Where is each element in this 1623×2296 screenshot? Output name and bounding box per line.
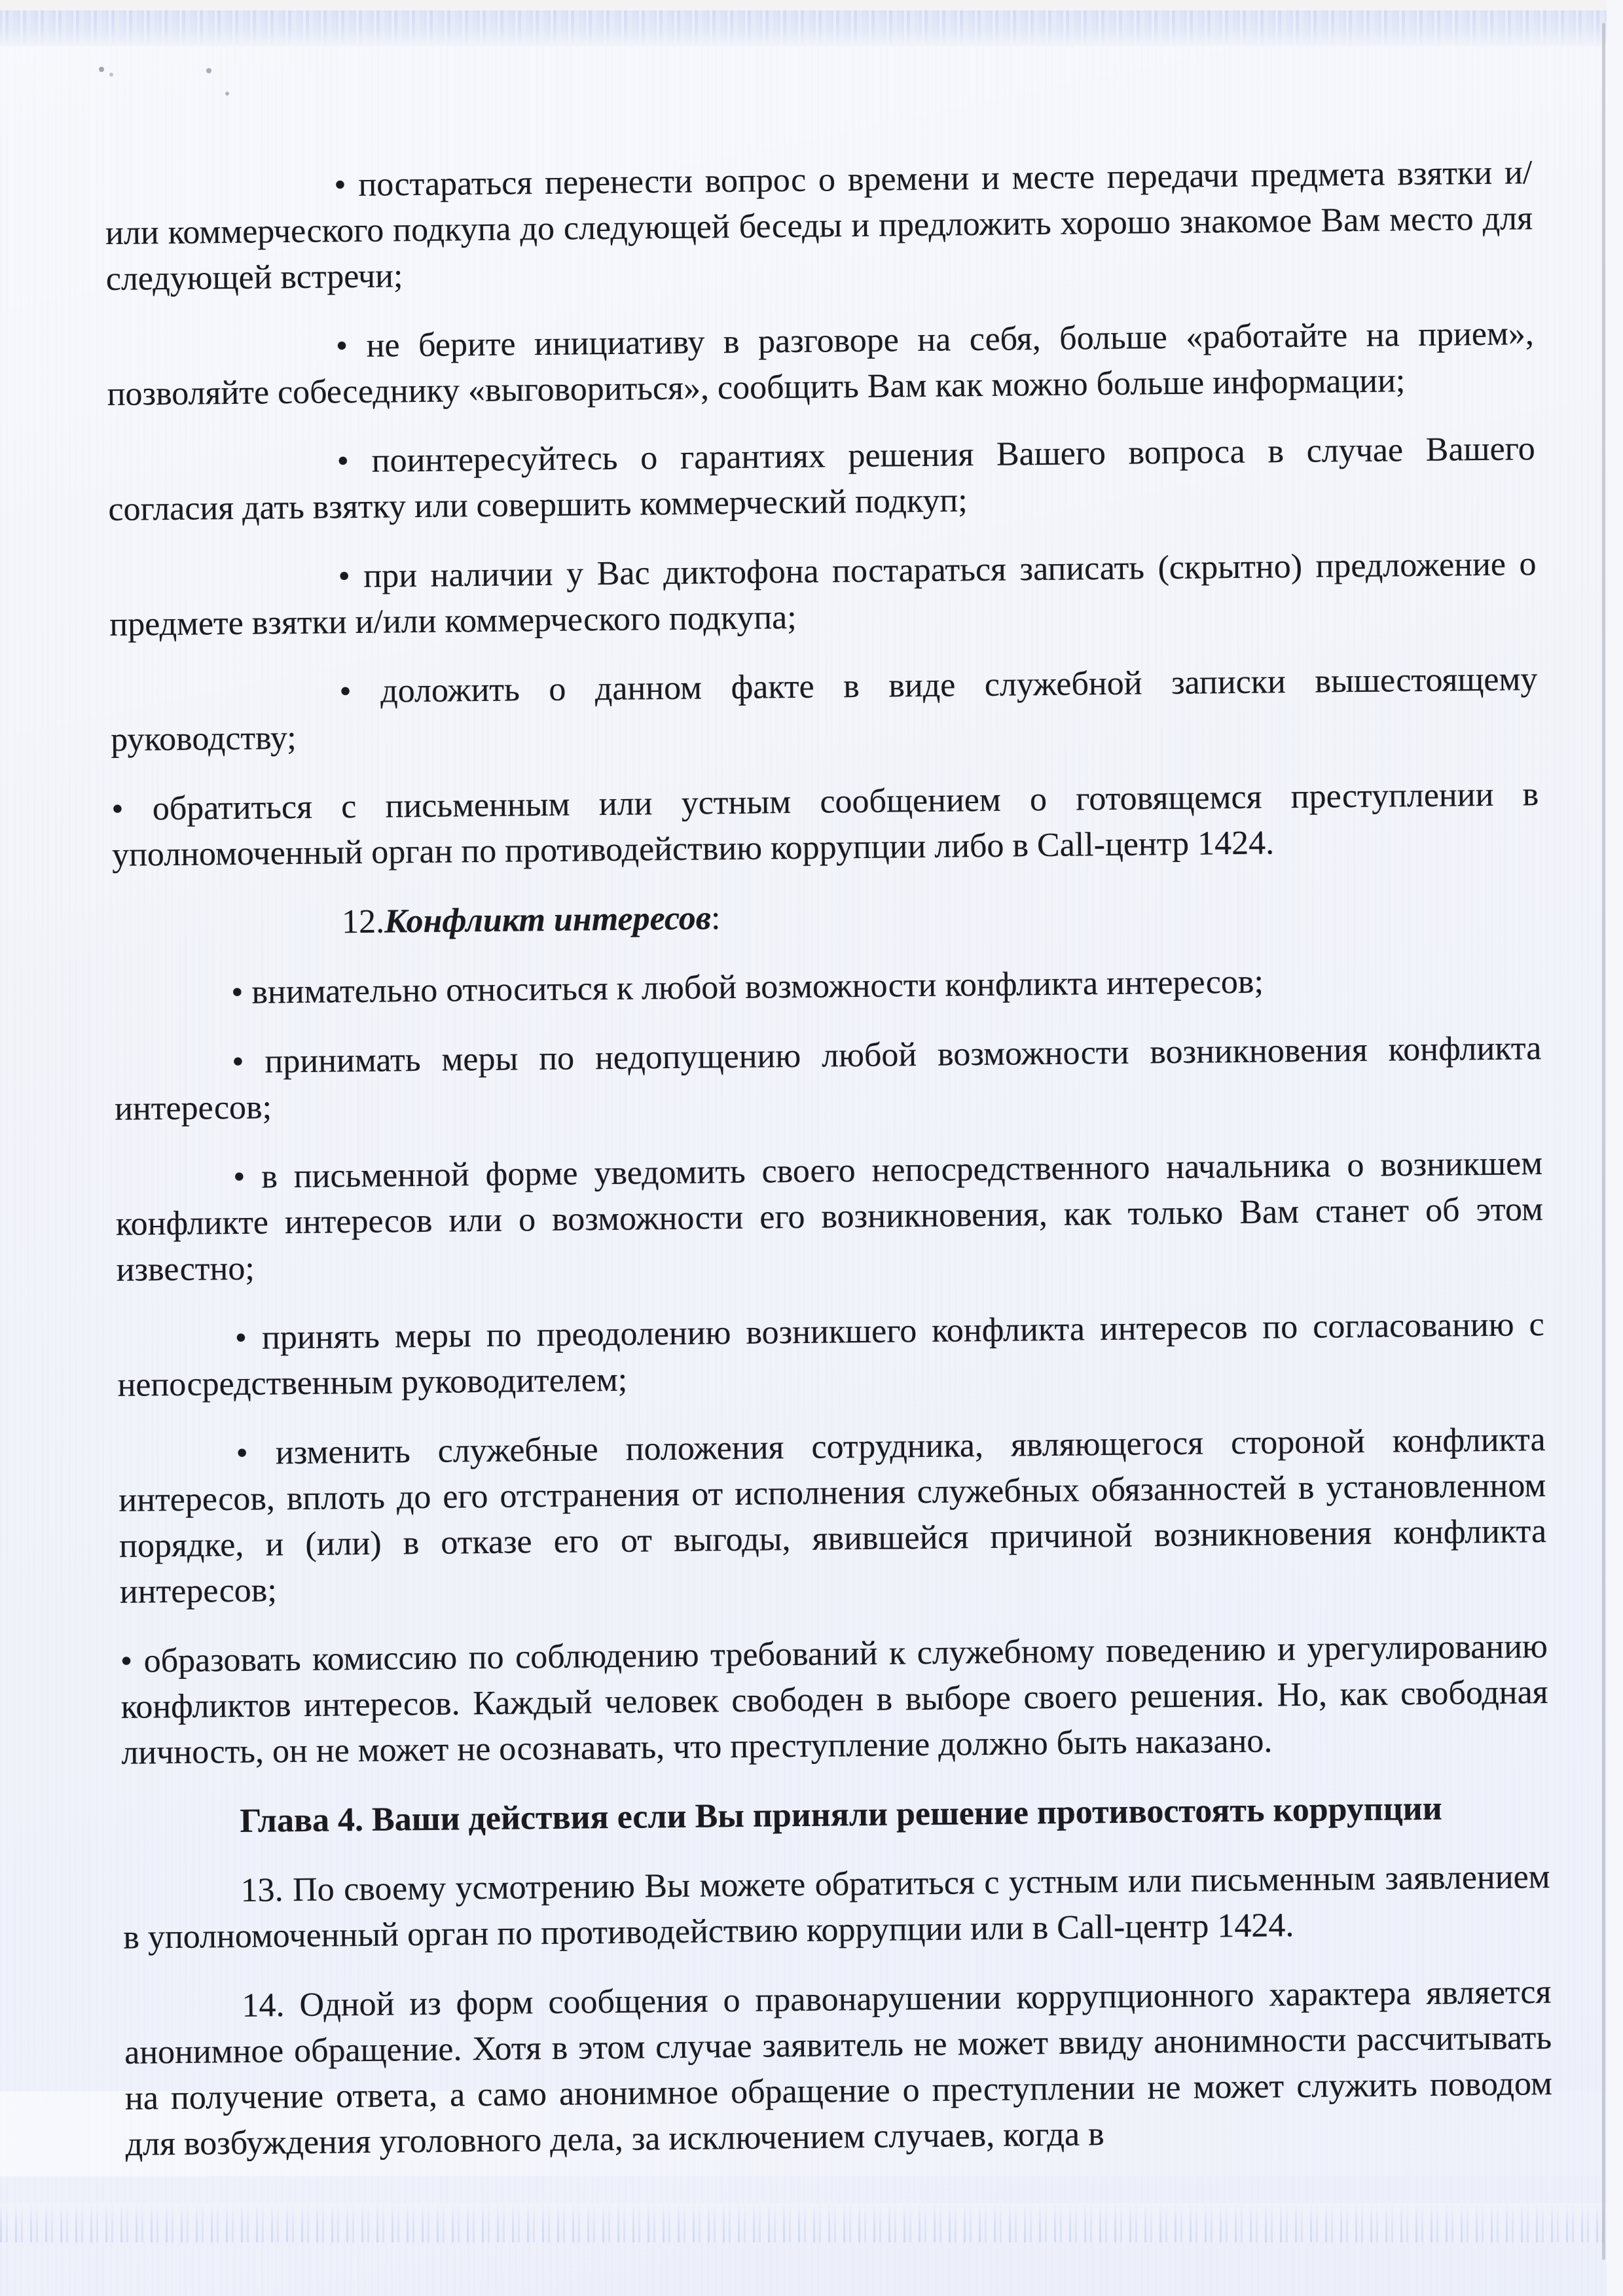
- section-12-heading: 12.Конфликт интересов:: [113, 887, 1541, 948]
- scan-bottom-noise-band: [0, 2203, 1623, 2242]
- section-12-number: 12.: [342, 903, 385, 941]
- advice-bullet-contact-authority: • обратиться с письменным или устным соо…: [111, 772, 1539, 878]
- scan-top-edge: [0, 0, 1623, 10]
- chapter-4-heading: Глава 4. Ваши действия если Вы приняли р…: [122, 1785, 1550, 1846]
- conflict-bullet-attentive: • внимательно относиться к любой возможн…: [113, 956, 1541, 1017]
- paragraph-14: 14. Одной из форм сообщения о правонаруш…: [124, 1969, 1553, 2168]
- scan-specks: [0, 0, 3, 3]
- scan-right-edge-line: [1602, 23, 1605, 2260]
- section-12-title: Конфликт интересов: [384, 899, 711, 940]
- section-12-colon: :: [711, 899, 721, 937]
- advice-bullet-report-memo: • доложить о данном факте в виде служебн…: [110, 656, 1538, 763]
- advice-bullet-dictaphone: • при наличии у Вас диктофона постаратьс…: [109, 541, 1537, 648]
- paragraph-13: 13. По своему усмотрению Вы можете обрат…: [122, 1854, 1550, 1961]
- conflict-bullet-notify-superior: • в письменной форме уведомить своего не…: [115, 1141, 1544, 1293]
- conflict-bullet-commission: • образовать комиссию по соблюдению треб…: [120, 1624, 1549, 1776]
- conflict-bullet-prevent: • принимать меры по недопущению любой во…: [114, 1026, 1542, 1132]
- conflict-bullet-overcome: • принять меры по преодолению возникшего…: [117, 1302, 1544, 1408]
- conflict-bullet-change-position: • изменить служебные положения сотрудник…: [118, 1417, 1547, 1615]
- scanned-document-page: • постараться перенести вопрос о времени…: [0, 0, 1623, 2296]
- document-text-block: • постараться перенести вопрос о времени…: [105, 150, 1553, 2191]
- advice-bullet-no-initiative: • не берите инициативу в разговоре на се…: [107, 311, 1535, 418]
- advice-bullet-postpone: • постараться перенести вопрос о времени…: [105, 150, 1533, 302]
- scan-right-strip: [1607, 0, 1623, 2296]
- advice-bullet-guarantees: • поинтересуйтесь о гарантиях решения Ва…: [107, 426, 1535, 533]
- scan-top-noise-band: [0, 10, 1623, 46]
